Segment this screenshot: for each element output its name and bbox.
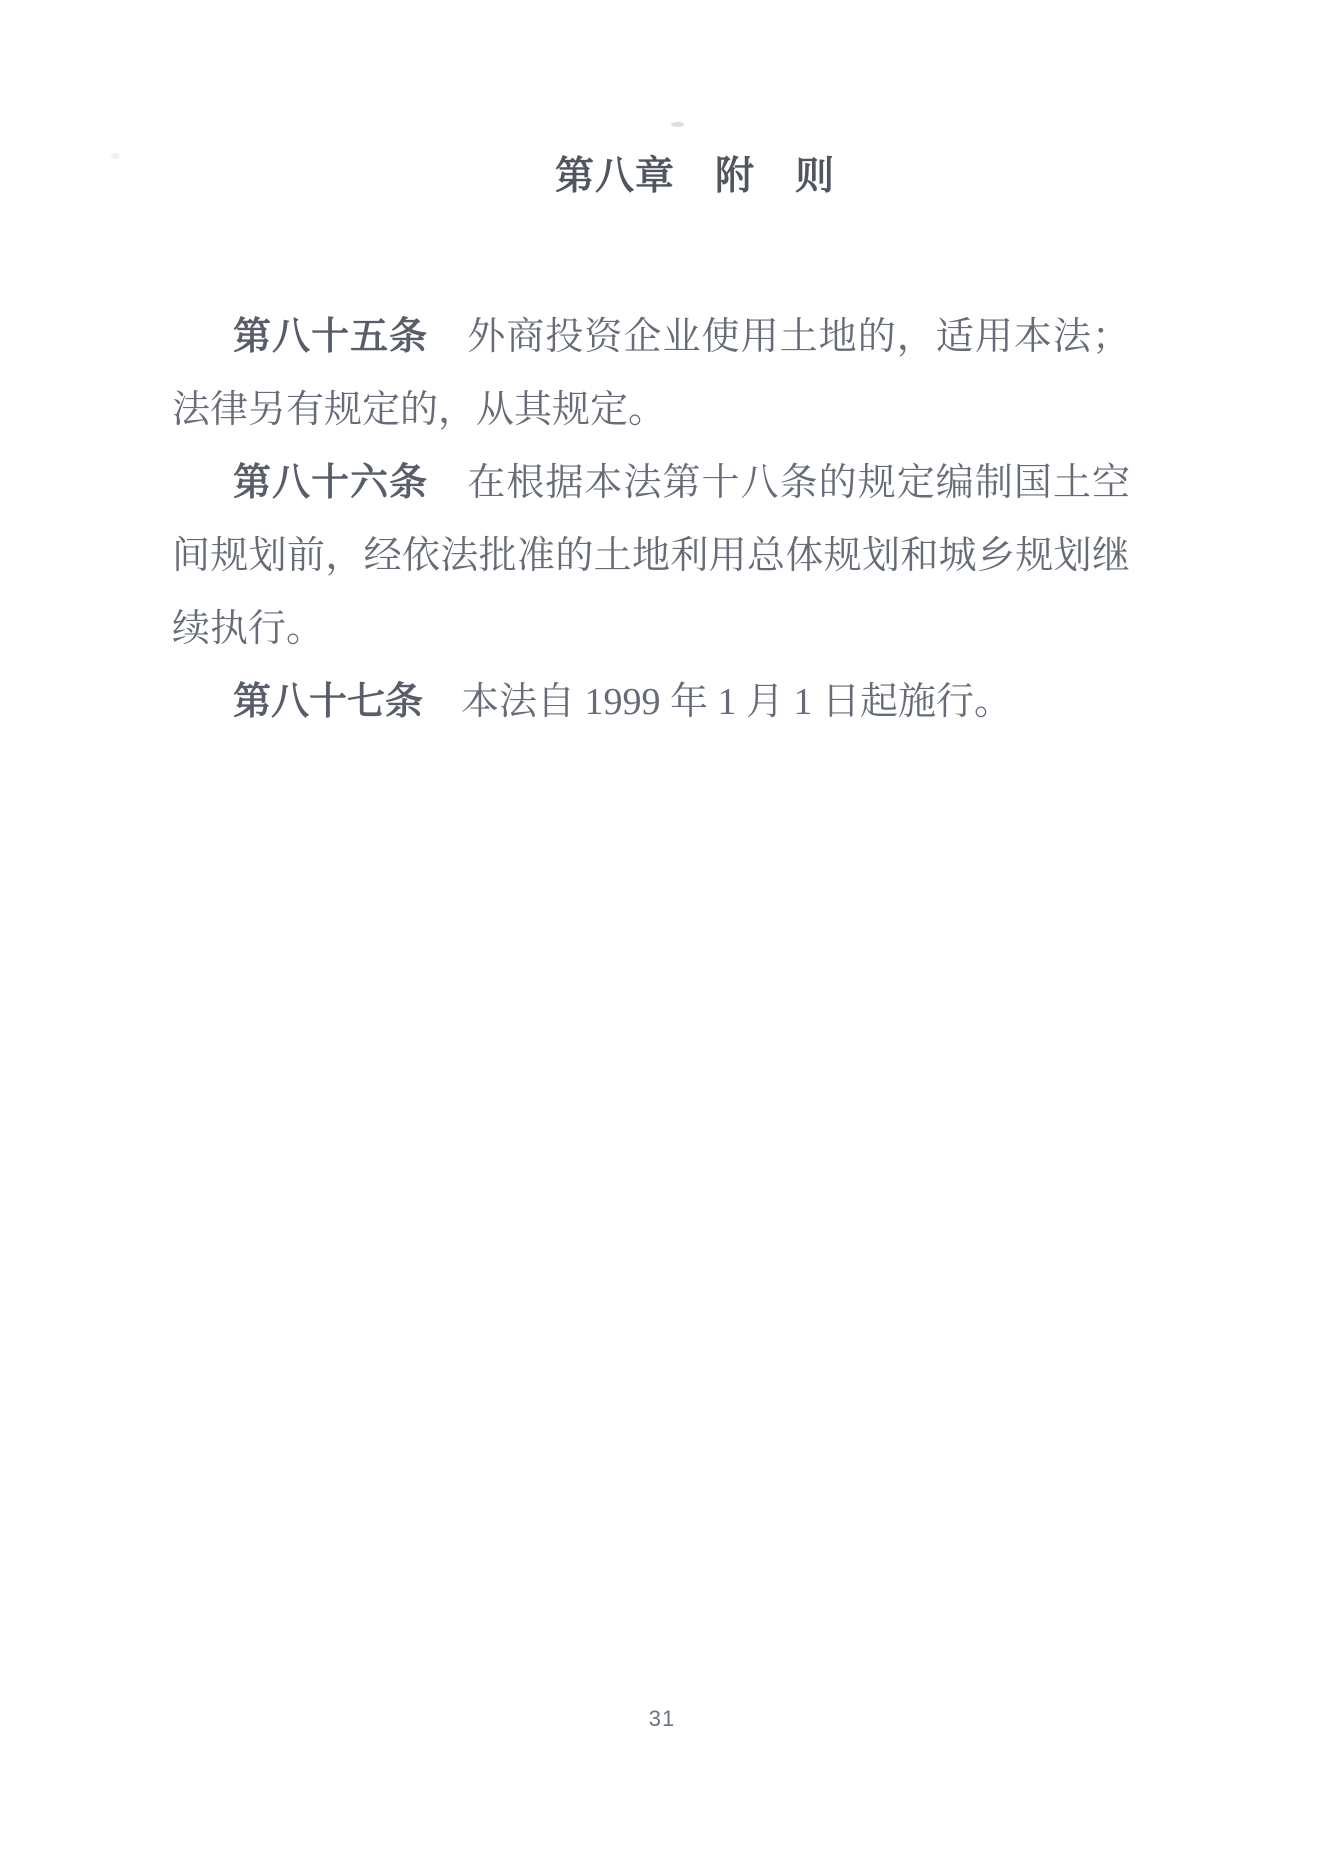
article-paragraph: 第八十六条 在根据本法第十八条的规定编制国土空间规划前，经依法批准的土地利用总体… [172, 447, 1130, 666]
page-number: 31 [0, 1706, 1324, 1732]
article-list: 第八十五条 外商投资企业使用土地的，适用本法；法律另有规定的，从其规定。 第八十… [172, 301, 1130, 739]
article-text: 本法自 1999 年 1 月 1 日起施行。 [423, 681, 1012, 723]
article-number: 第八十五条 [233, 316, 428, 358]
article-paragraph: 第八十七条 本法自 1999 年 1 月 1 日起施行。 [172, 666, 1130, 739]
chapter-heading: 第八章 附 则 [33, 0, 1324, 201]
article-number: 第八十七条 [233, 681, 423, 723]
article-number: 第八十六条 [233, 462, 428, 504]
document-page: 第八章 附 则 第八十五条 外商投资企业使用土地的，适用本法；法律另有规定的，从… [0, 0, 1324, 1872]
article-paragraph: 第八十五条 外商投资企业使用土地的，适用本法；法律另有规定的，从其规定。 [172, 301, 1130, 447]
